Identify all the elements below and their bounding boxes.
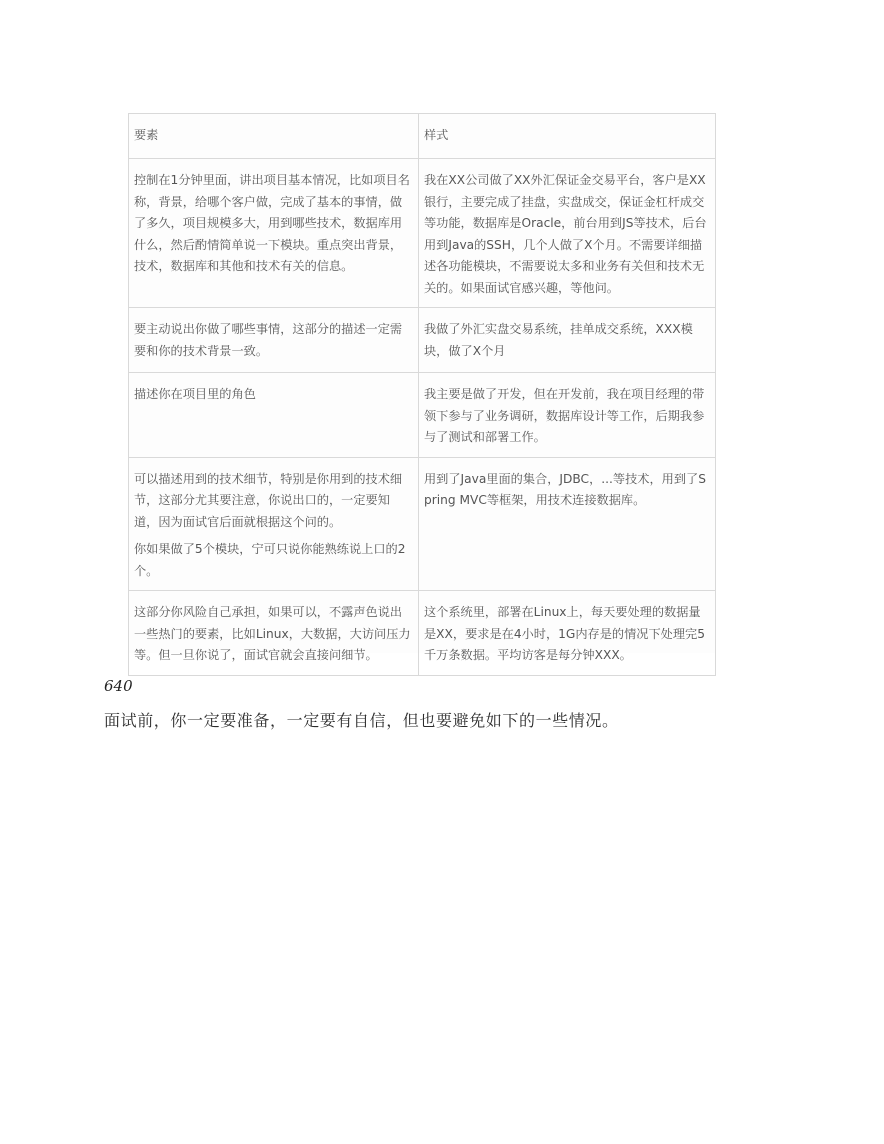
element-text: 控制在1分钟里面，讲出项目基本情况，比如项目名称，背景，给哪个客户做，完成了基本… (134, 170, 413, 278)
element-cell: 可以描述用到的技术细节，特别是你用到的技术细节，这部分尤其要注意，你说出口的，一… (129, 457, 419, 591)
table-row: 可以描述用到的技术细节，特别是你用到的技术细节，这部分尤其要注意，你说出口的，一… (129, 457, 716, 591)
element-cell: 要主动说出你做了哪些事情，这部分的描述一定需要和你的技术背景一致。 (129, 308, 419, 373)
style-cell: 我做了外汇实盘交易系统，挂单成交系统，XXX模块，做了X个月 (419, 308, 716, 373)
requirements-table: 要素 样式 控制在1分钟里面，讲出项目基本情况，比如项目名称，背景，给哪个客户做… (128, 113, 716, 676)
header-element: 要素 (129, 114, 419, 159)
element-text: 这部分你风险自己承担，如果可以，不露声色说出一些热门的要素，比如Linux，大数… (134, 602, 413, 667)
table-row: 这部分你风险自己承担，如果可以，不露声色说出一些热门的要素，比如Linux，大数… (129, 591, 716, 676)
table-row: 要主动说出你做了哪些事情，这部分的描述一定需要和你的技术背景一致。 我做了外汇实… (129, 308, 716, 373)
table-row: 描述你在项目里的角色 我主要是做了开发，但在开发前，我在项目经理的带领下参与了业… (129, 373, 716, 458)
table-header-row: 要素 样式 (129, 114, 716, 159)
body-paragraph: 面试前，你一定要准备，一定要有自信，但也要避免如下的一些情况。 (104, 708, 619, 731)
style-cell: 这个系统里，部署在Linux上，每天要处理的数据量是XX，要求是在4小时，1G内… (419, 591, 716, 676)
element-text: 可以描述用到的技术细节，特别是你用到的技术细节，这部分尤其要注意，你说出口的，一… (134, 469, 413, 534)
page-number: 640 (104, 677, 133, 695)
element-text: 要主动说出你做了哪些事情，这部分的描述一定需要和你的技术背景一致。 (134, 319, 413, 362)
style-cell: 用到了Java里面的集合，JDBC，...等技术，用到了Spring MVC等框… (419, 457, 716, 591)
style-cell: 我主要是做了开发，但在开发前，我在项目经理的带领下参与了业务调研，数据库设计等工… (419, 373, 716, 458)
element-text: 描述你在项目里的角色 (134, 384, 413, 406)
element-cell: 控制在1分钟里面，讲出项目基本情况，比如项目名称，背景，给哪个客户做，完成了基本… (129, 159, 419, 308)
element-cell: 描述你在项目里的角色 (129, 373, 419, 458)
table-row: 控制在1分钟里面，讲出项目基本情况，比如项目名称，背景，给哪个客户做，完成了基本… (129, 159, 716, 308)
header-style: 样式 (419, 114, 716, 159)
requirements-table-image: 要素 样式 控制在1分钟里面，讲出项目基本情况，比如项目名称，背景，给哪个客户做… (128, 113, 715, 653)
style-cell: 我在XX公司做了XX外汇保证金交易平台，客户是XX银行，主要完成了挂盘，实盘成交… (419, 159, 716, 308)
element-cell: 这部分你风险自己承担，如果可以，不露声色说出一些热门的要素，比如Linux，大数… (129, 591, 419, 676)
element-text: 你如果做了5个模块，宁可只说你能熟练说上口的2个。 (134, 539, 413, 582)
